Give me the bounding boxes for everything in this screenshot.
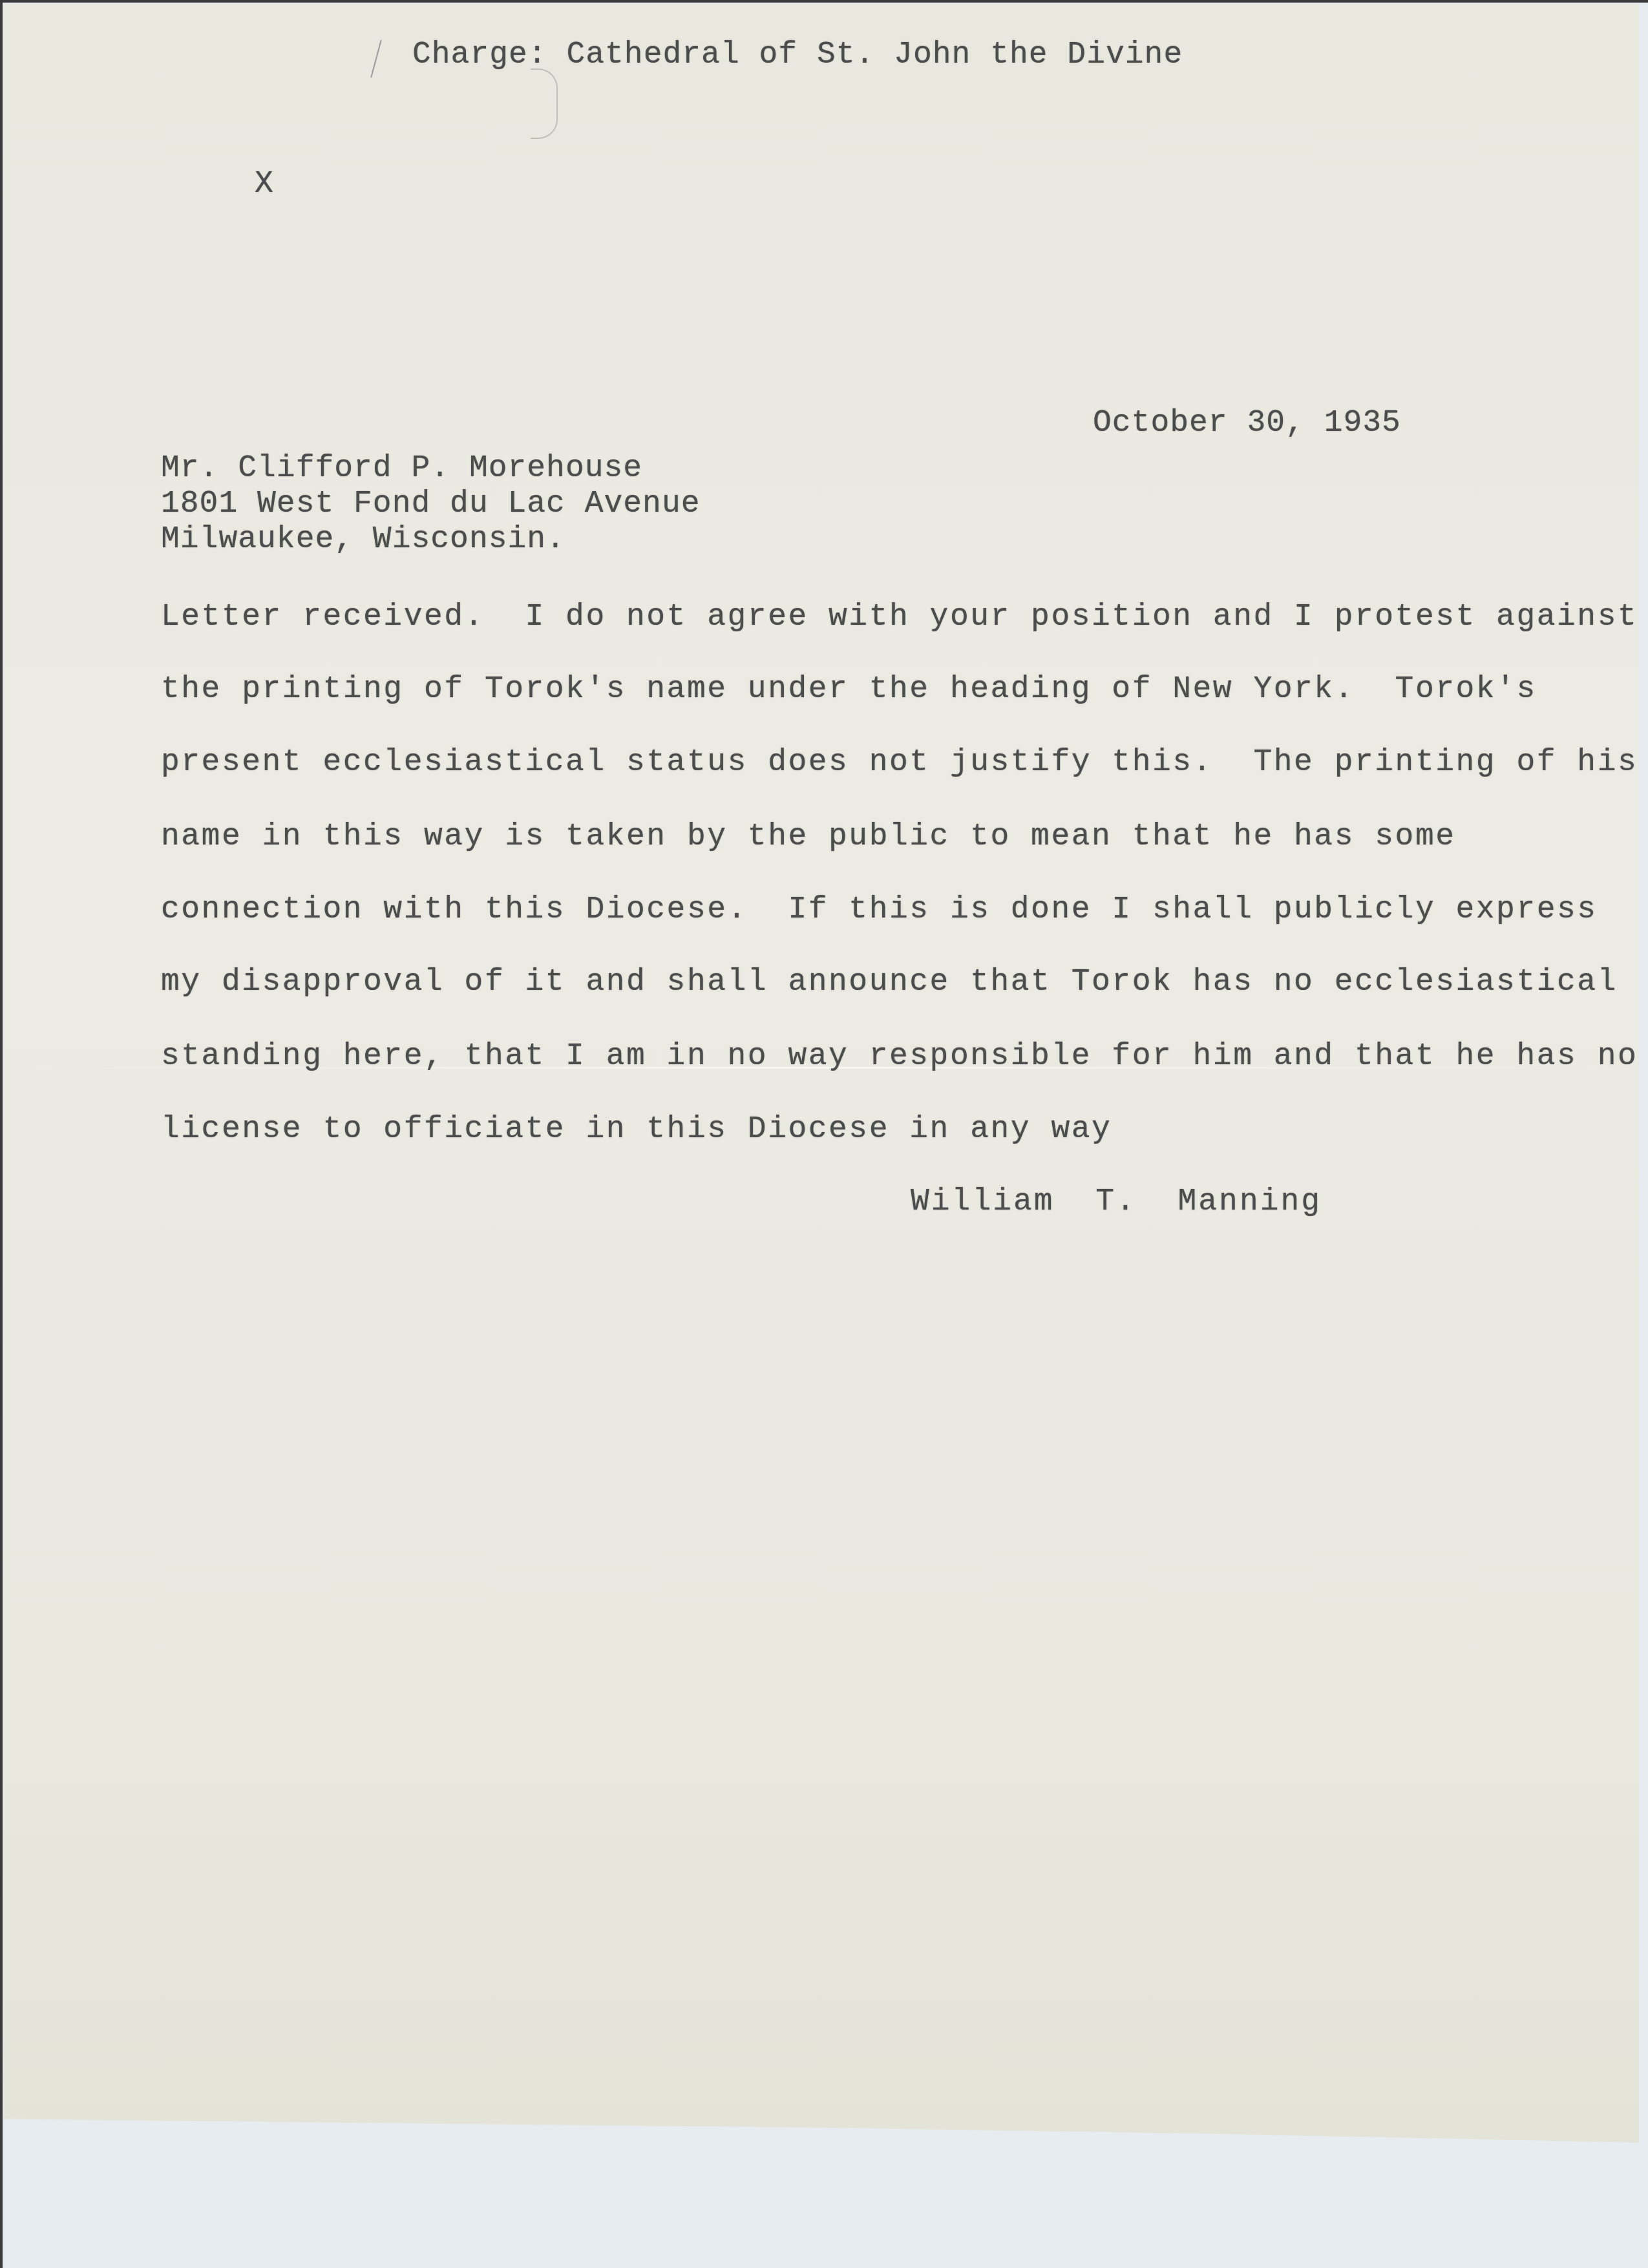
signature: William T. Manning xyxy=(911,1186,1322,1217)
scan-border-left xyxy=(0,0,3,2268)
x-mark: X xyxy=(255,169,274,200)
body-line-3: present ecclesiastical status does not j… xyxy=(161,747,1638,778)
letter-page: Charge: Cathedral of St. John the Divine… xyxy=(4,4,1639,2143)
body-line-6: my disapproval of it and shall announce … xyxy=(161,967,1618,998)
pencil-bracket-mark xyxy=(531,68,558,139)
body-line-8: license to officiate in this Diocese in … xyxy=(161,1114,1112,1145)
letter-date: October 30, 1935 xyxy=(1093,408,1401,439)
body-line-2: the printing of Torok's name under the h… xyxy=(161,674,1537,705)
pencil-slash-mark xyxy=(370,40,381,78)
recipient-city: Milwaukee, Wisconsin. xyxy=(161,524,565,555)
recipient-name: Mr. Clifford P. Morehouse xyxy=(161,453,642,484)
body-line-4: name in this way is taken by the public … xyxy=(161,821,1456,852)
recipient-street: 1801 West Fond du Lac Avenue xyxy=(161,488,701,520)
scan-border-top xyxy=(0,0,1648,3)
body-line-5: connection with this Diocese. If this is… xyxy=(161,894,1598,925)
charge-line: Charge: Cathedral of St. John the Divine xyxy=(412,39,1183,70)
body-line-1: Letter received. I do not agree with you… xyxy=(161,602,1638,633)
body-line-7: standing here, that I am in no way respo… xyxy=(161,1041,1638,1072)
